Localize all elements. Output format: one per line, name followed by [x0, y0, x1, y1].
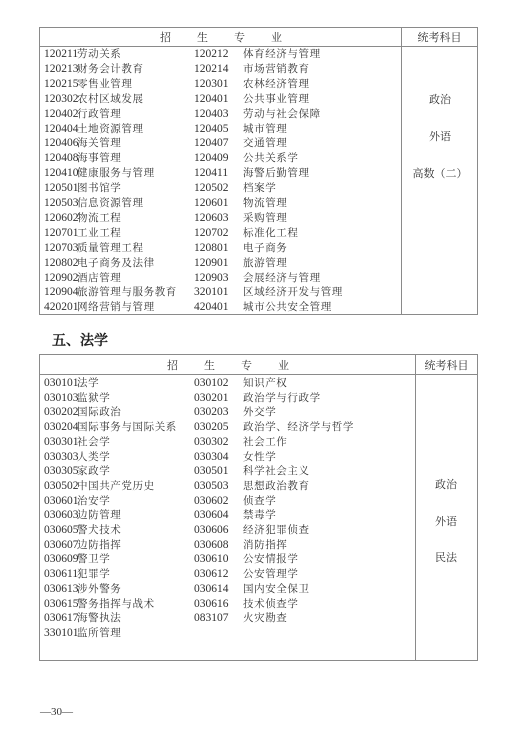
major-code: 030501	[194, 464, 229, 478]
major-name: 国际政治	[77, 405, 121, 419]
major-name: 经济犯罪侦查	[243, 523, 310, 537]
header-char: 业	[271, 29, 282, 45]
major-code: 120215	[44, 77, 79, 91]
major-code: 083107	[194, 611, 229, 625]
major-name: 人类学	[77, 450, 110, 464]
major-code: 030301	[44, 435, 79, 449]
subject-politics: 政治	[429, 91, 451, 107]
major-code: 120703	[44, 241, 79, 255]
section-title: 五、法学	[52, 330, 108, 350]
major-code: 120301	[194, 77, 229, 91]
major-code: 030102	[194, 376, 229, 390]
major-name: 信息资源管理	[77, 196, 144, 210]
major-code: 030201	[194, 391, 229, 405]
major-name: 监所管理	[77, 626, 121, 640]
major-name: 海警后勤管理	[243, 166, 310, 180]
major-code: 120904	[44, 285, 79, 299]
major-code: 320101	[194, 285, 229, 299]
major-name: 农村区域发展	[77, 92, 144, 106]
major-code: 030101	[44, 376, 79, 390]
major-code: 120702	[194, 226, 229, 240]
major-code: 030205	[194, 420, 229, 434]
major-code: 120903	[194, 271, 229, 285]
major-code: 120405	[194, 122, 229, 136]
major-code: 120402	[44, 107, 79, 121]
major-name: 电子商务及法律	[77, 256, 155, 270]
major-name: 物流工程	[77, 211, 121, 225]
major-name: 治安学	[77, 494, 110, 508]
major-name: 消防指挥	[243, 538, 287, 552]
major-code: 030612	[194, 567, 229, 581]
major-code: 120602	[44, 211, 79, 225]
major-code: 120411	[194, 166, 228, 180]
header-subject: 统考科目	[415, 355, 477, 374]
major-code: 030617	[44, 611, 79, 625]
major-code: 120403	[194, 107, 229, 121]
major-code: 030605	[44, 523, 79, 537]
major-code: 030608	[194, 538, 229, 552]
major-code: 030502	[44, 479, 79, 493]
major-code: 120502	[194, 181, 229, 195]
major-name: 质量管理工程	[77, 241, 144, 255]
major-name: 监狱学	[77, 391, 110, 405]
major-name: 政治学、经济学与哲学	[243, 420, 354, 434]
major-name: 网络营销与管理	[77, 300, 155, 314]
major-code: 120601	[194, 196, 229, 210]
majors-table-law: 招 生 专 业 统考科目 030101法学030102知识产权030103监狱学…	[39, 354, 478, 661]
major-code: 120901	[194, 256, 229, 270]
major-code: 030103	[44, 391, 79, 405]
header-char: 业	[278, 357, 289, 373]
major-name: 家政学	[77, 464, 110, 478]
major-name: 政治学与行政学	[243, 391, 321, 405]
major-name: 警务指挥与战术	[77, 597, 155, 611]
major-code: 030601	[44, 494, 79, 508]
major-name: 犯罪学	[77, 567, 110, 581]
major-name: 中国共产党历史	[77, 479, 155, 493]
header-char: 生	[204, 357, 215, 373]
major-name: 边防指挥	[77, 538, 121, 552]
major-code: 120408	[44, 151, 79, 165]
major-code: 030614	[194, 582, 229, 596]
major-name: 劳动关系	[77, 47, 121, 61]
major-name: 采购管理	[243, 211, 287, 225]
major-code: 420401	[194, 300, 229, 314]
major-code: 030603	[44, 508, 79, 522]
major-name: 标准化工程	[243, 226, 299, 240]
subject-foreign-language: 外语	[435, 513, 457, 529]
major-name: 劳动与社会保障	[243, 107, 321, 121]
subject-politics: 政治	[435, 476, 457, 492]
major-code: 330101	[44, 626, 79, 640]
major-code: 120407	[194, 136, 229, 150]
major-name: 区域经济开发与管理	[243, 285, 343, 299]
major-name: 边防管理	[77, 508, 121, 522]
major-code: 030304	[194, 450, 229, 464]
major-code: 120410	[44, 166, 79, 180]
major-name: 海警执法	[77, 611, 121, 625]
major-name: 健康服务与管理	[77, 166, 155, 180]
major-name: 涉外警务	[77, 582, 121, 596]
major-name: 土地资源管理	[77, 122, 144, 136]
major-code: 030610	[194, 552, 229, 566]
major-code: 030616	[194, 597, 229, 611]
major-code: 030602	[194, 494, 229, 508]
major-name: 公安管理学	[243, 567, 299, 581]
major-name: 火灾勘查	[243, 611, 287, 625]
major-code: 030615	[44, 597, 79, 611]
major-code: 030503	[194, 479, 229, 493]
major-code: 420201	[44, 300, 79, 314]
major-name: 公共事业管理	[243, 92, 310, 106]
major-name: 社会工作	[243, 435, 287, 449]
major-name: 警犬技术	[77, 523, 121, 537]
major-name: 零售业管理	[77, 77, 133, 91]
major-code: 120701	[44, 226, 79, 240]
major-name: 公共关系学	[243, 151, 299, 165]
major-code: 030609	[44, 552, 79, 566]
major-name: 旅游管理	[243, 256, 287, 270]
major-code: 030611	[44, 567, 78, 581]
majors-table-management: 招 生 专 业 统考科目 120211劳动关系120212体育经济与管理1202…	[39, 27, 478, 315]
header-major: 招 生 专 业	[40, 28, 402, 46]
major-code: 030303	[44, 450, 79, 464]
major-name: 禁毒学	[243, 508, 276, 522]
major-name: 外交学	[243, 405, 276, 419]
major-name: 电子商务	[243, 241, 287, 255]
page-number: —30—	[40, 706, 73, 718]
major-name: 法学	[77, 376, 99, 390]
major-name: 女性学	[243, 450, 276, 464]
major-code: 030607	[44, 538, 79, 552]
major-name: 海事管理	[77, 151, 121, 165]
major-name: 交通管理	[243, 136, 287, 150]
major-code: 120213	[44, 62, 79, 76]
major-name: 知识产权	[243, 376, 287, 390]
header-char: 生	[197, 29, 208, 45]
subject-civil-law: 民法	[435, 549, 457, 565]
major-code: 120401	[194, 92, 229, 106]
table-header: 招 生 专 业 统考科目	[40, 28, 477, 47]
major-name: 酒店管理	[77, 271, 121, 285]
major-code: 120603	[194, 211, 229, 225]
major-name: 体育经济与管理	[243, 47, 321, 61]
major-code: 030604	[194, 508, 229, 522]
header-char: 专	[234, 29, 245, 45]
major-name: 城市管理	[243, 122, 287, 136]
major-code: 030202	[44, 405, 79, 419]
major-code: 120501	[44, 181, 79, 195]
major-code: 030305	[44, 464, 79, 478]
major-code: 120404	[44, 122, 79, 136]
major-code: 120214	[194, 62, 229, 76]
table-header: 招 生 专 业 统考科目	[40, 355, 477, 375]
major-name: 档案学	[243, 181, 276, 195]
major-code: 030204	[44, 420, 79, 434]
major-name: 公安情报学	[243, 552, 299, 566]
header-major: 招 生 专 业	[40, 355, 416, 374]
major-code: 120211	[44, 47, 78, 61]
major-name: 会展经济与管理	[243, 271, 321, 285]
major-name: 城市公共安全管理	[243, 300, 332, 314]
major-name: 国际事务与国际关系	[77, 420, 177, 434]
major-code: 120212	[194, 47, 229, 61]
major-code: 120902	[44, 271, 79, 285]
major-code: 120802	[44, 256, 79, 270]
major-code: 030203	[194, 405, 229, 419]
major-code: 120302	[44, 92, 79, 106]
header-subject: 统考科目	[401, 28, 477, 46]
header-char: 招	[167, 357, 178, 373]
major-name: 工业工程	[77, 226, 121, 240]
major-name: 思想政治教育	[243, 479, 310, 493]
major-code: 120409	[194, 151, 229, 165]
major-code: 120406	[44, 136, 79, 150]
major-name: 图书馆学	[77, 181, 121, 195]
header-char: 招	[160, 29, 171, 45]
major-name: 财务会计教育	[77, 62, 144, 76]
column-divider	[415, 375, 416, 660]
major-name: 海关管理	[77, 136, 121, 150]
major-code: 030606	[194, 523, 229, 537]
major-code: 120801	[194, 241, 229, 255]
header-char: 专	[241, 357, 252, 373]
major-name: 技术侦查学	[243, 597, 299, 611]
major-name: 侦查学	[243, 494, 276, 508]
subject-math-2: 高数（二）	[413, 165, 468, 181]
major-name: 行政管理	[77, 107, 121, 121]
major-name: 国内安全保卫	[243, 582, 310, 596]
major-name: 物流管理	[243, 196, 287, 210]
major-name: 旅游管理与服务教育	[77, 285, 177, 299]
major-name: 警卫学	[77, 552, 110, 566]
major-name: 科学社会主义	[243, 464, 310, 478]
major-code: 120503	[44, 196, 79, 210]
major-code: 030302	[194, 435, 229, 449]
column-divider	[401, 47, 402, 314]
major-name: 农林经济管理	[243, 77, 310, 91]
major-code: 030613	[44, 582, 79, 596]
subject-foreign-language: 外语	[429, 128, 451, 144]
major-name: 社会学	[77, 435, 110, 449]
major-name: 市场营销教育	[243, 62, 310, 76]
